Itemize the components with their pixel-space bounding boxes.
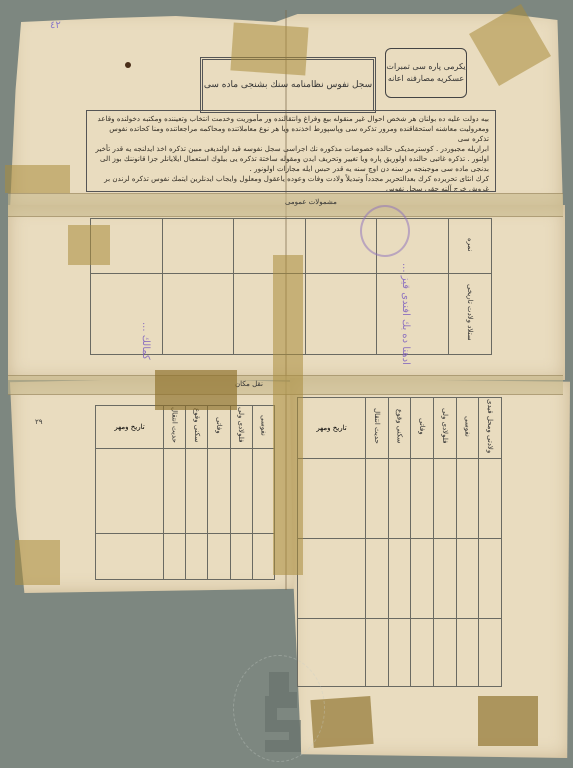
header-number: نمره bbox=[466, 238, 474, 252]
text-line: كرك انثاى تحريرده كرك بعدالتحرير مجدداً … bbox=[93, 174, 489, 192]
header: فلولادى ولى bbox=[441, 408, 449, 443]
handwritten-entry-right: ادهنا ده بك افندى قيز ... bbox=[400, 225, 411, 365]
text-line: ومعروليت معاشنه استحقاقنده ومرور تذكره س… bbox=[93, 124, 489, 144]
header: ولادتى ومحل قيدى bbox=[486, 399, 494, 453]
lower-left-table: تاريخ ومهر حديث انتقال سكنى وقوع وفاتى ف… bbox=[95, 405, 275, 580]
text-line: اولنور . تذكره غائبى حالنده اولوريق پاره… bbox=[93, 154, 489, 164]
tape-patch bbox=[478, 696, 538, 746]
tape-patch bbox=[15, 540, 60, 585]
stamp-box: يكرمى پاره سى تمبرات عسكريه مصارفنه اعان… bbox=[385, 48, 467, 98]
tape-patch bbox=[5, 165, 70, 193]
title-text: سجل نفوس نظامنامه سنك بشنجى ماده سى bbox=[204, 80, 372, 90]
top-left-mark: ٤٢ bbox=[50, 20, 61, 31]
text-line: بيه دولت عليه ده بولنان هر شخص احوال غير… bbox=[93, 114, 489, 124]
stamp-line-2: عسكريه مصارفنه اعانه bbox=[388, 73, 464, 85]
band-label-general: مشمولات عمومى bbox=[285, 198, 337, 206]
header: نفوسى bbox=[259, 415, 267, 436]
header: نفوسى bbox=[463, 416, 471, 437]
header: وفاتى bbox=[215, 417, 223, 434]
tape-patch bbox=[68, 225, 110, 265]
header: حديث انتقال bbox=[171, 407, 179, 443]
text-line: بدنجى ماده سى موجبنجه بر سنه دن اوچ سنه … bbox=[93, 164, 489, 174]
handwritten-entry-left: كمالك ... bbox=[140, 240, 151, 360]
stamp-line-1: يكرمى پاره سى تمبرات bbox=[386, 61, 465, 73]
tape-strip-vertical bbox=[273, 255, 303, 575]
header: سكنى وقوع bbox=[395, 409, 403, 443]
left-margin-mark: ٢٩ bbox=[35, 418, 43, 426]
lower-right-table: تاريخ ومهر حديث انتقال سكنى وقوع وفاتى ف… bbox=[297, 397, 502, 687]
text-line: ابرازيله مجبوردر . كوسترمديكى حالده خصوص… bbox=[93, 144, 489, 154]
tape-patch bbox=[155, 370, 237, 410]
header-date-seal: تاريخ ومهر bbox=[96, 406, 164, 449]
header: حديث انتقال bbox=[373, 408, 381, 444]
header: وفاتى bbox=[418, 418, 426, 435]
hole bbox=[125, 62, 131, 68]
header-birth-date: ستلاد ولادت تاريخى bbox=[466, 284, 474, 341]
header: سكنى وقوع bbox=[193, 408, 201, 442]
header: فلولادى ولى bbox=[237, 407, 245, 442]
band-label-relocation: نقل مكان bbox=[235, 380, 263, 388]
tape-patch bbox=[230, 22, 308, 75]
regulation-text: بيه دولت عليه ده بولنان هر شخص احوال غير… bbox=[86, 110, 496, 192]
header-date-seal: تاريخ ومهر bbox=[298, 398, 366, 459]
